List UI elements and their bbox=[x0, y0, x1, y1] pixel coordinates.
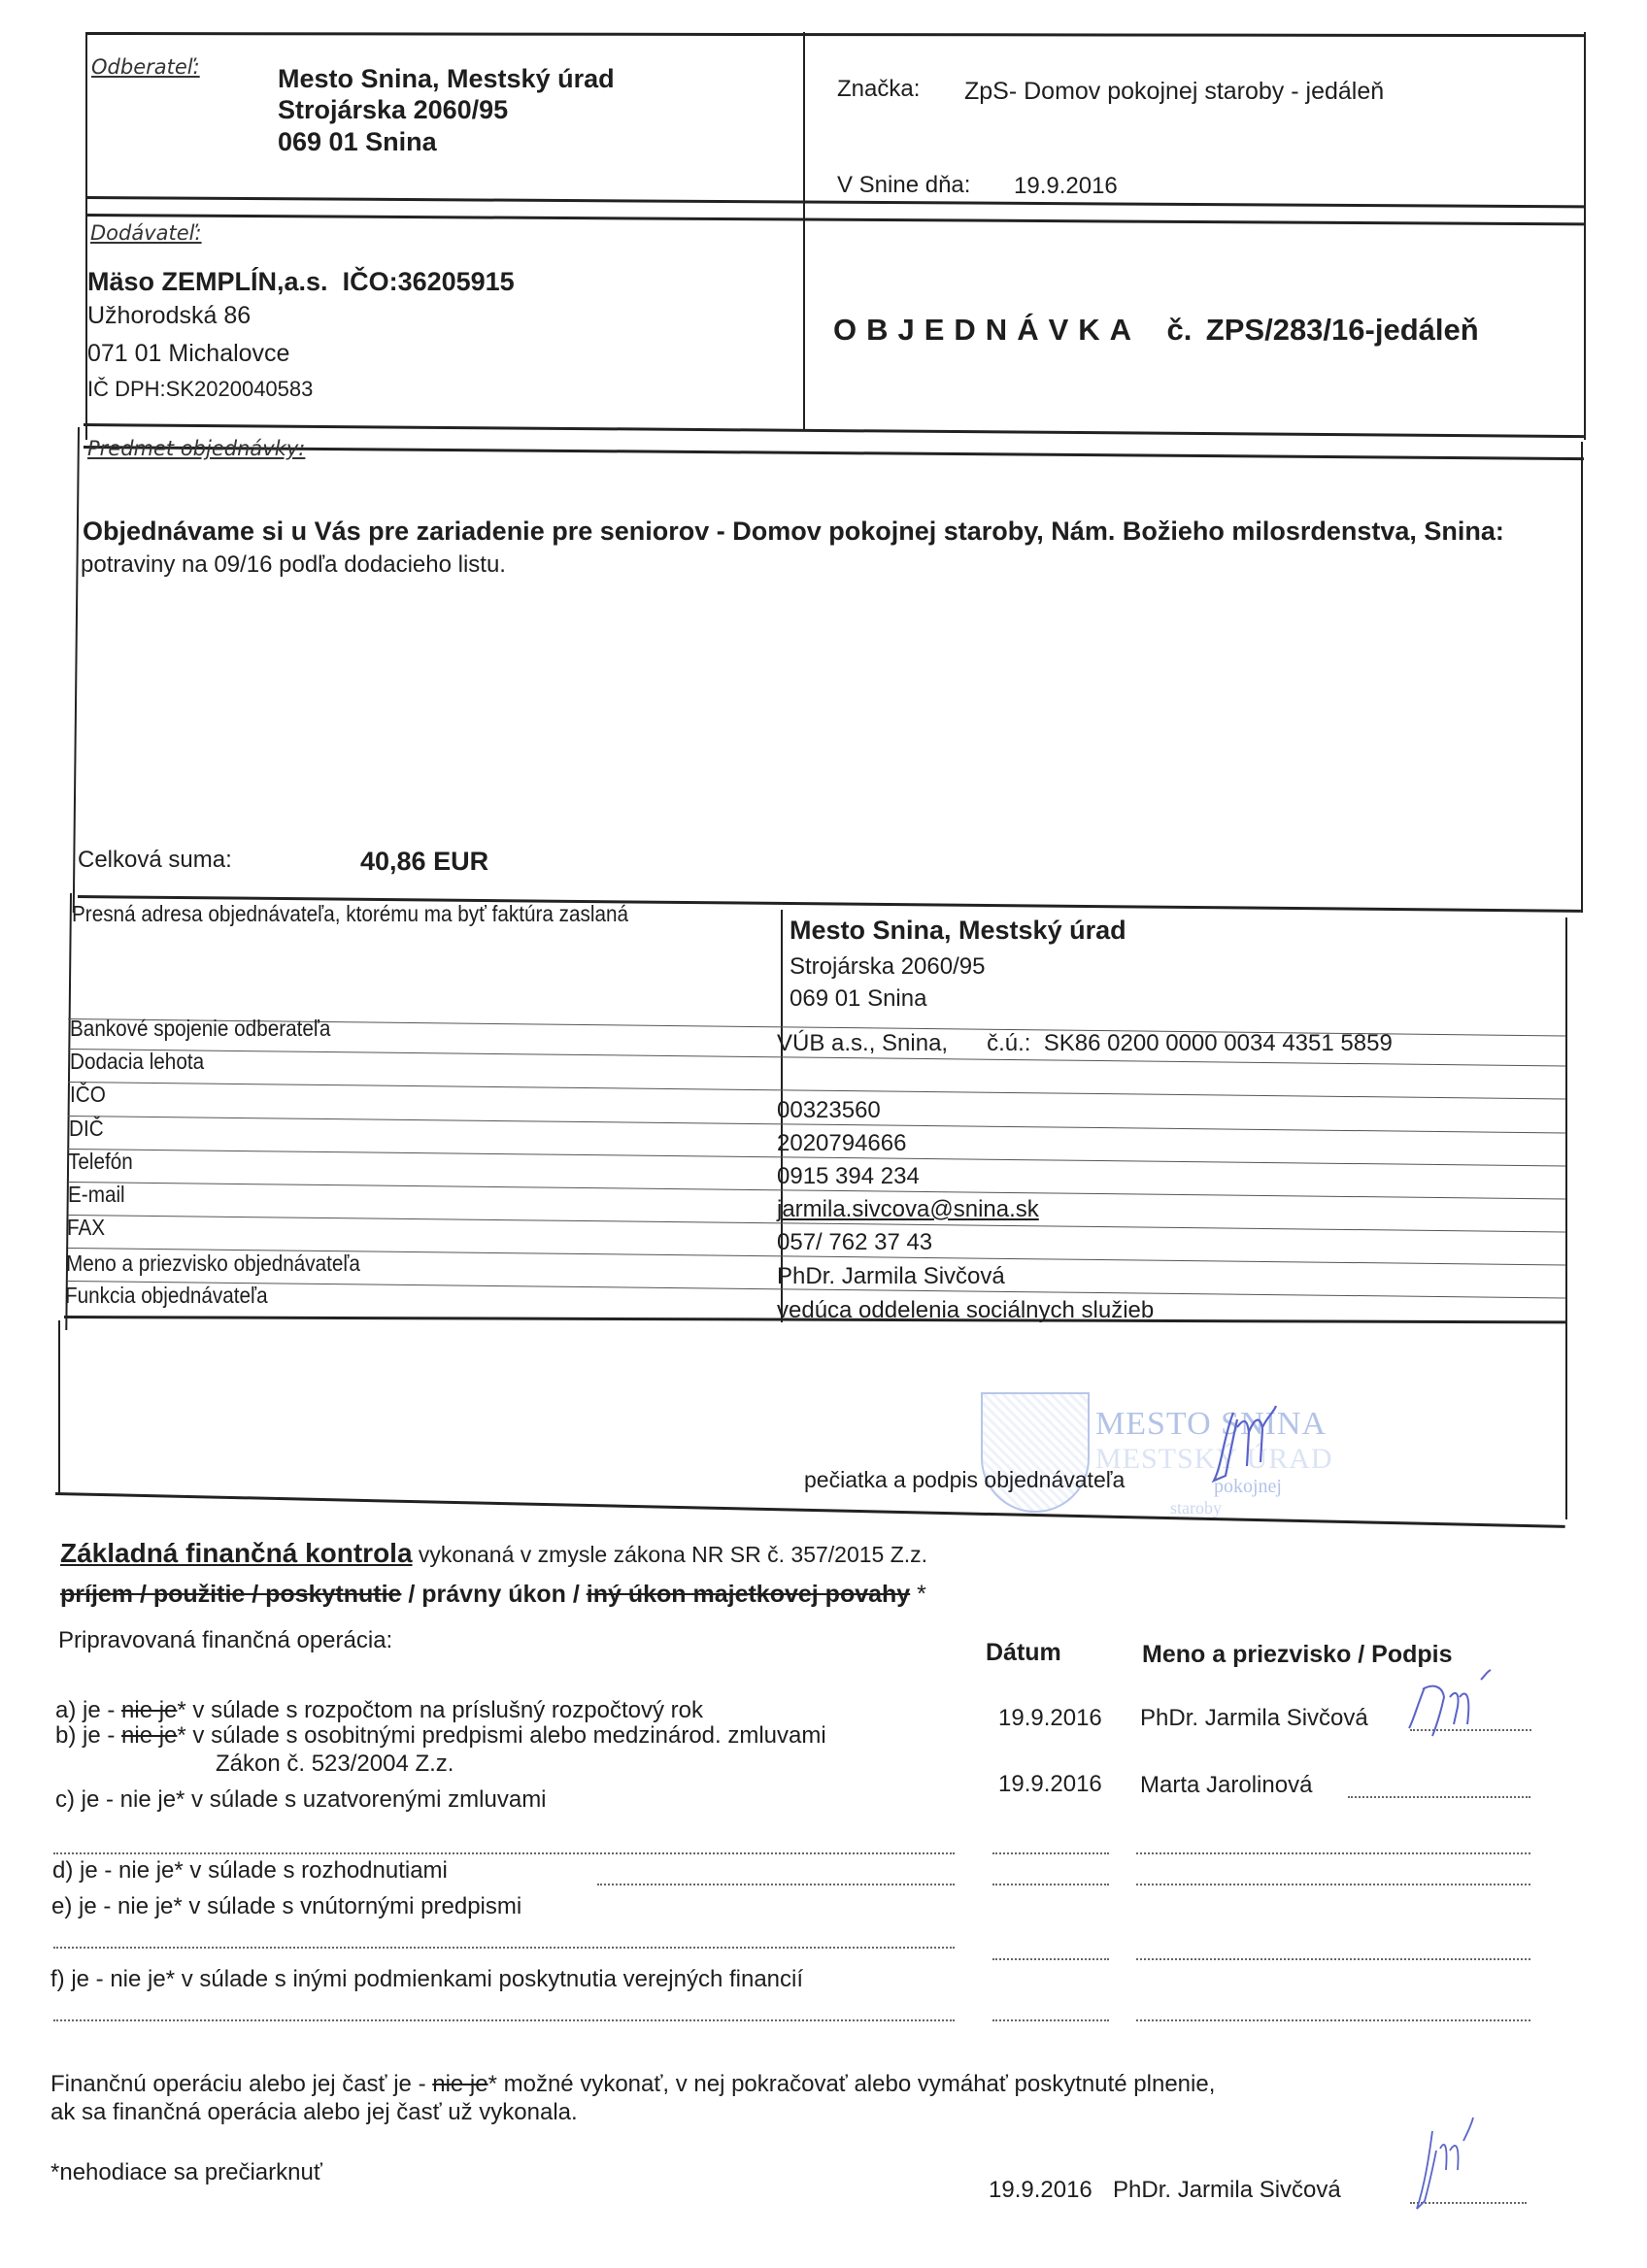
signature-icon bbox=[1403, 1668, 1520, 1746]
control-type-struck-1: príjem / použitie / poskytnutie bbox=[60, 1581, 401, 1608]
row-value-phone: 0915 394 234 bbox=[777, 1163, 920, 1190]
invoice-address-city: 069 01 Snina bbox=[790, 985, 926, 1013]
control-item-c: c) je - nie je* v súlade s uzatvorenými … bbox=[55, 1786, 547, 1814]
row-label-delivery: Dodacia lehota bbox=[70, 1049, 204, 1075]
supplier-street: Užhorodská 86 bbox=[87, 302, 251, 330]
control-item-e: e) je - nie je* v súlade s vnútornými pr… bbox=[51, 1893, 521, 1920]
control-title-suffix: vykonaná v zmysle zákona NR SR č. 357/20… bbox=[413, 1542, 928, 1567]
control-item-f: f) je - nie je* v súlade s inými podmien… bbox=[50, 1966, 803, 1993]
control-item-d: d) je - nie je* v súlade s rozhodnutiami bbox=[52, 1857, 448, 1884]
order-number-prefix: č. bbox=[1166, 313, 1192, 347]
control-type-struck-2: iný úkon majetkovej povahy bbox=[587, 1581, 910, 1608]
signature-date-2: 19.9.2016 bbox=[998, 1771, 1102, 1798]
control-type-kept: / právny úkon / bbox=[401, 1581, 586, 1608]
dotted-name-e[interactable] bbox=[1136, 1884, 1530, 1885]
row-value-function: vedúca oddelenia sociálnych služieb bbox=[777, 1297, 1154, 1324]
dotted-line bbox=[53, 1852, 955, 1854]
order-title-line: OBJEDNÁVKA č. ZPS/283/16-jedáleň bbox=[833, 313, 1479, 348]
signature-icon bbox=[1413, 2112, 1481, 2218]
dotted-name-g[interactable] bbox=[1136, 2019, 1530, 2021]
buyer-label: Odberateľ: bbox=[91, 55, 200, 79]
prepared-label: Pripravovaná finančná operácia: bbox=[58, 1627, 392, 1654]
signature-icon bbox=[1204, 1398, 1292, 1495]
subject-detail-text: potraviny na 09/16 podľa dodacieho listu… bbox=[81, 551, 506, 579]
dotted-date-d[interactable] bbox=[992, 1852, 1109, 1854]
row-label-phone: Telefón bbox=[68, 1149, 133, 1175]
invoice-address-street: Strojárska 2060/95 bbox=[790, 953, 985, 981]
supplier-label: Dodávateľ: bbox=[90, 221, 202, 245]
mark-label: Značka: bbox=[837, 76, 920, 103]
buyer-street: Strojárska 2060/95 bbox=[278, 95, 508, 125]
order-number: ZPS/283/16-jedáleň bbox=[1206, 313, 1479, 347]
invoice-address-name: Mesto Snina, Mestský úrad bbox=[790, 916, 1126, 946]
signature-name-2: Marta Jarolinová bbox=[1140, 1772, 1312, 1799]
control-type-line: príjem / použitie / poskytnutie / právny… bbox=[60, 1581, 926, 1609]
control-heading: Základná finančná kontrola vykonaná v zm… bbox=[60, 1538, 927, 1569]
row-label-email: E-mail bbox=[68, 1182, 125, 1208]
control-item-b: b) je - nie je* v súlade s osobitnými pr… bbox=[55, 1722, 826, 1750]
row-label-function: Funkcia objednávateľa bbox=[65, 1283, 268, 1309]
control-item-a: a) je - nie je* v súlade s rozpočtom na … bbox=[55, 1697, 703, 1724]
final-date: 19.9.2016 bbox=[989, 2177, 1092, 2204]
row-value-fax: 057/ 762 37 43 bbox=[777, 1229, 932, 1256]
row-label-name: Meno a priezvisko objednávateľa bbox=[66, 1251, 360, 1277]
row-value-ico: 00323560 bbox=[777, 1097, 881, 1124]
dotted-date-f[interactable] bbox=[992, 1958, 1109, 1960]
supplier-vat: IČ DPH:SK2020040583 bbox=[87, 377, 313, 402]
dotted-name-d[interactable] bbox=[1136, 1852, 1530, 1854]
control-title: Základná finančná kontrola bbox=[60, 1538, 413, 1568]
signature-name-1: PhDr. Jarmila Sivčová bbox=[1140, 1705, 1368, 1732]
supplier-ico: IČO:36205915 bbox=[343, 267, 515, 296]
date-value: 19.9.2016 bbox=[1014, 173, 1118, 200]
signature-date-1: 19.9.2016 bbox=[998, 1705, 1102, 1732]
row-value-email[interactable]: jarmila.sivcova@snina.sk bbox=[777, 1196, 1039, 1223]
order-title: OBJEDNÁVKA bbox=[833, 313, 1141, 347]
row-value-bank: VÚB a.s., Snina, č.ú.: SK86 0200 0000 00… bbox=[777, 1030, 1393, 1057]
stamp-shield-icon bbox=[981, 1392, 1090, 1513]
buyer-name: Mesto Snina, Mestský úrad bbox=[278, 64, 615, 94]
signature-field-2[interactable] bbox=[1348, 1796, 1530, 1798]
subject-label: Predmet objednávky: bbox=[87, 437, 305, 460]
total-label: Celková suma: bbox=[78, 847, 232, 874]
row-label-dic: DIČ bbox=[69, 1116, 104, 1142]
footnote: *nehodiace sa prečiarknuť bbox=[50, 2159, 322, 2186]
conclusion-line-2: ak sa finančná operácia alebo jej časť u… bbox=[50, 2099, 578, 2126]
supplier-city: 071 01 Michalovce bbox=[87, 340, 289, 368]
dotted-line bbox=[53, 1947, 955, 1949]
row-label-bank: Bankové spojenie odberateľa bbox=[70, 1016, 330, 1042]
buyer-city: 069 01 Snina bbox=[278, 127, 437, 157]
row-value-dic: 2020794666 bbox=[777, 1130, 906, 1157]
conclusion-line-1: Finančnú operáciu alebo jej časť je - ni… bbox=[50, 2071, 1215, 2098]
dotted-date-g[interactable] bbox=[992, 2019, 1109, 2021]
row-label-fax: FAX bbox=[67, 1215, 105, 1241]
column-name-header: Meno a priezvisko / Podpis bbox=[1142, 1641, 1453, 1669]
stamp-caption: pečiatka a podpis objednávateľa bbox=[804, 1467, 1125, 1493]
row-label-ico: IČO bbox=[70, 1082, 106, 1108]
dotted-date-e[interactable] bbox=[992, 1884, 1109, 1885]
dotted-line bbox=[597, 1884, 955, 1885]
column-date-header: Dátum bbox=[986, 1639, 1061, 1667]
mark-value: ZpS- Domov pokojnej staroby - jedáleň bbox=[964, 78, 1384, 106]
dotted-name-f[interactable] bbox=[1136, 1958, 1530, 1960]
dotted-line bbox=[53, 2019, 955, 2021]
invoice-address-label: Presná adresa objednávateľa, ktorému ma … bbox=[72, 901, 628, 927]
subject-main-text: Objednávame si u Vás pre zariadenie pre … bbox=[83, 517, 1504, 547]
date-label: V Snine dňa: bbox=[837, 172, 970, 199]
row-value-name: PhDr. Jarmila Sivčová bbox=[777, 1263, 1005, 1290]
control-type-star: * bbox=[910, 1581, 926, 1608]
control-item-b-law: Zákon č. 523/2004 Z.z. bbox=[216, 1751, 454, 1778]
final-name: PhDr. Jarmila Sivčová bbox=[1113, 2177, 1341, 2204]
supplier-name-line: Mäso ZEMPLÍN,a.s. IČO:36205915 bbox=[87, 267, 515, 297]
total-value: 40,86 EUR bbox=[360, 847, 488, 877]
stamp-line-4: staroby bbox=[1170, 1498, 1222, 1518]
supplier-name: Mäso ZEMPLÍN,a.s. bbox=[87, 267, 328, 296]
